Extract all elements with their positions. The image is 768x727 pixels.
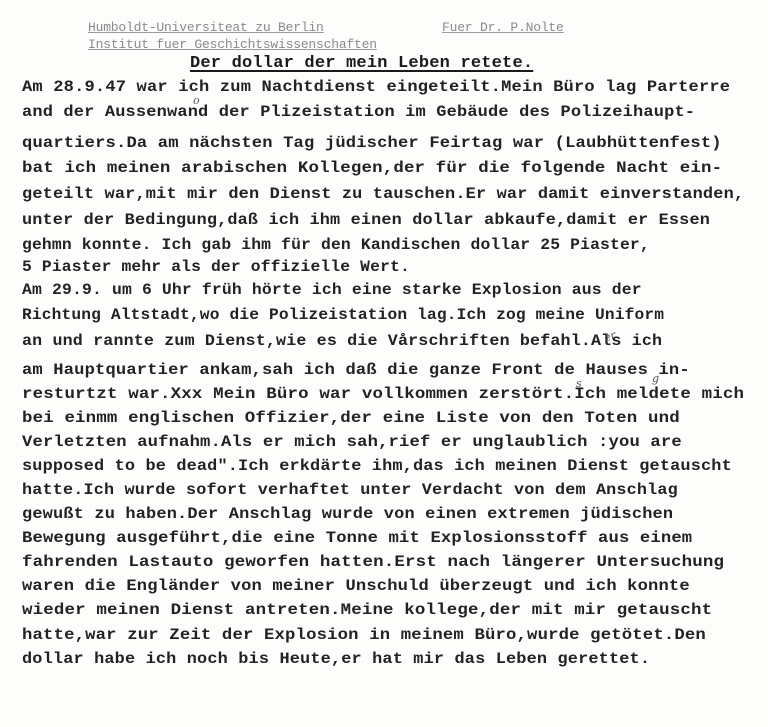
document-title: Der dollar der mein Leben retete. xyxy=(190,54,533,73)
text-line: an und rannte zum Dienst,wie es die Vårs… xyxy=(22,332,662,350)
text-line: geteilt war,mit mir den Dienst zu tausch… xyxy=(22,185,744,203)
text-line: Am 29.9. um 6 Uhr früh hörte ich eine st… xyxy=(22,281,642,299)
text-line: Richtung Altstadt,wo die Polizeistation … xyxy=(22,306,664,324)
text-line: resturtzt war.Xxx Mein Büro war vollkomm… xyxy=(22,385,744,403)
text-line: Am 28.9.47 war ich zum Nachtdienst einge… xyxy=(22,78,730,96)
text-line: gehmn konnte. Ich gab ihm für den Kandis… xyxy=(22,236,650,254)
text-line: dollar habe ich noch bis Heute,er hat mi… xyxy=(22,650,650,668)
handwritten-correction-g: g xyxy=(652,372,659,385)
text-line: bei einmm englischen Offizier,der eine L… xyxy=(22,409,680,427)
handwritten-correction-s: s xyxy=(576,377,582,390)
text-line: 5 Piaster mehr als der offizielle Wert. xyxy=(22,258,410,276)
text-line: am Hauptquartier ankam,sah ich daß die g… xyxy=(22,361,690,379)
text-line: bat ich meinen arabischen Kollegen,der f… xyxy=(22,159,722,177)
typewritten-page: Humboldt-Universiteat zu Berlin Institut… xyxy=(0,0,768,727)
text-line: wieder meinen Dienst antreten.Meine koll… xyxy=(22,601,712,619)
text-line: hatte.Ich wurde sofort verhaftet unter V… xyxy=(22,481,678,499)
institution-line-2: Institut fuer Geschichtswissenschaften xyxy=(88,37,377,52)
text-line: gewußt zu haben.Der Anschlag wurde von e… xyxy=(22,505,673,523)
text-line: and der Aussenwand der Plizeistation im … xyxy=(22,103,695,121)
text-line: hatte,war zur Zeit der Explosion in mein… xyxy=(22,626,706,644)
text-line: fahrenden Lastauto geworfen hatten.Erst … xyxy=(22,553,724,571)
text-line: Verletzten aufnahm.Als er mich sah,rief … xyxy=(22,433,682,451)
text-line: Bewegung ausgeführt,die eine Tonne mit E… xyxy=(22,529,692,547)
text-line: quartiers.Da am nächsten Tag jüdischer F… xyxy=(22,134,722,152)
text-line: waren die Engländer von meiner Unschuld … xyxy=(22,577,690,595)
recipient-line: Fuer Dr. P.Nolte xyxy=(442,20,564,35)
institution-line-1: Humboldt-Universiteat zu Berlin xyxy=(88,20,324,35)
handwritten-correction-o: o xyxy=(193,94,200,107)
text-line: unter der Bedingung,daß ich ihm einen do… xyxy=(22,211,710,229)
text-line: supposed to be dead".Ich erkdärte ihm,da… xyxy=(22,457,732,475)
